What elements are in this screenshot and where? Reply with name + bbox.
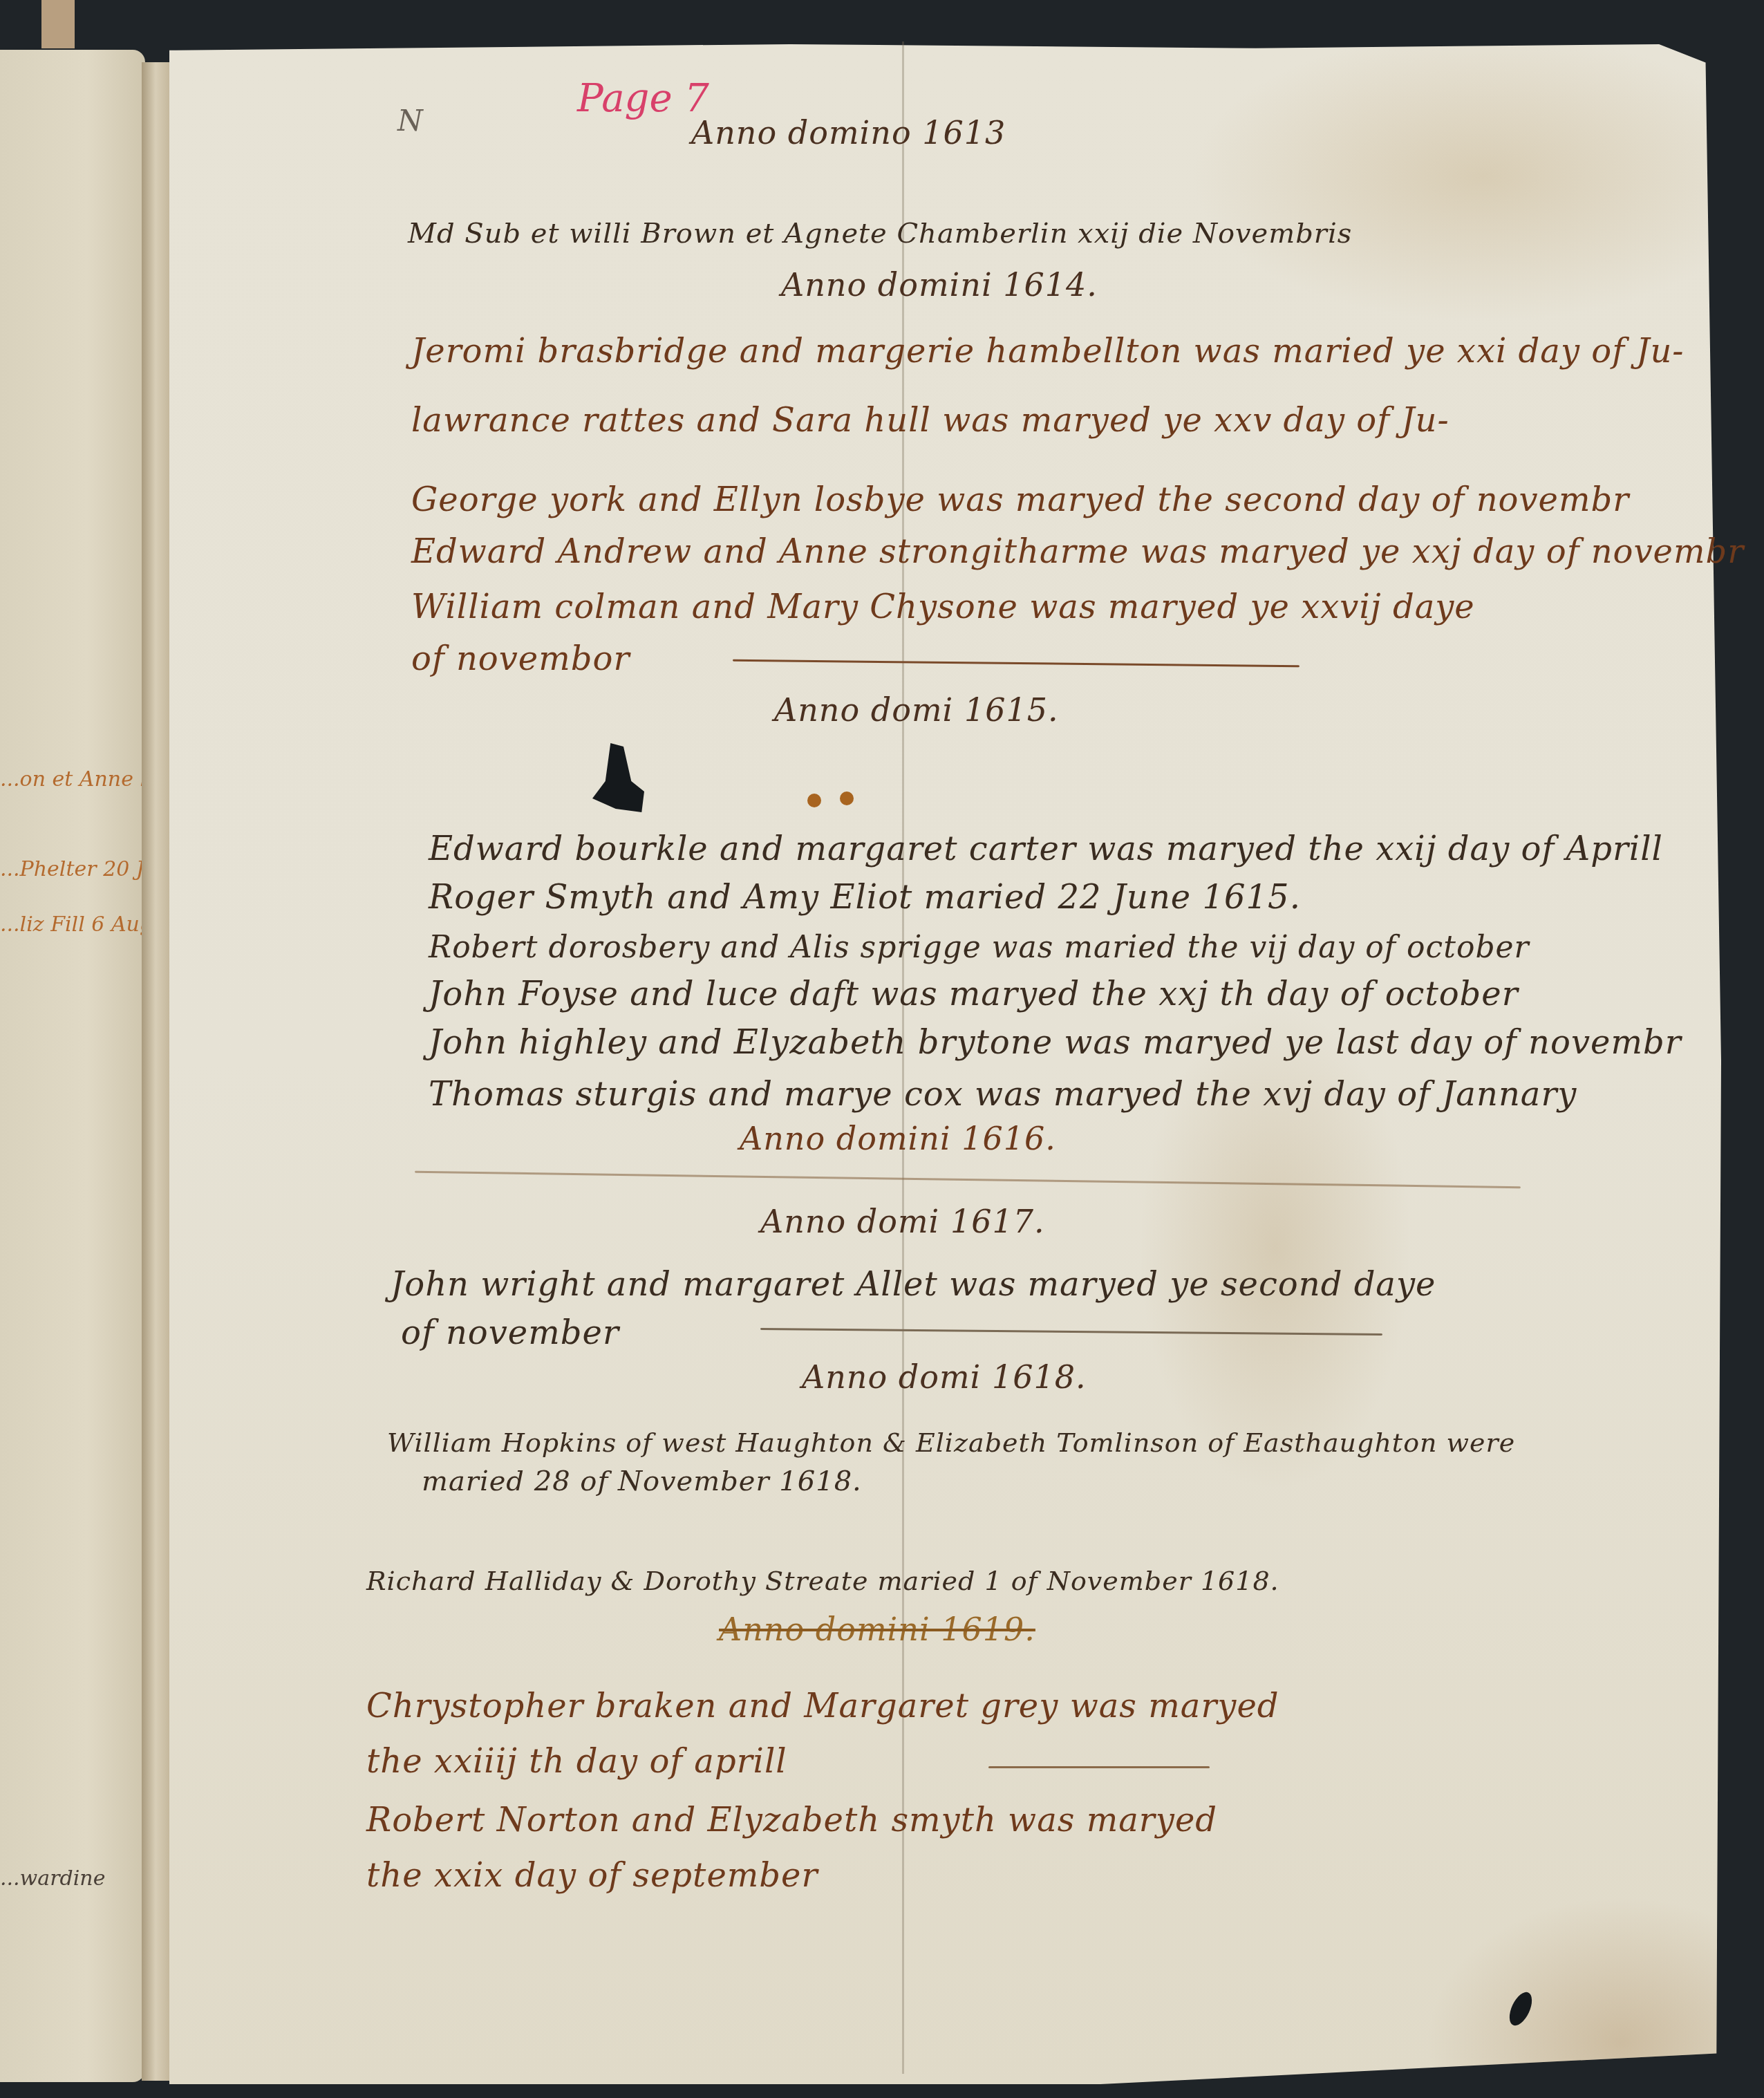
corner-mark: N [397, 104, 423, 138]
binding-tab [41, 0, 75, 48]
year-heading: Anno domini 1614. [781, 266, 1098, 303]
register-entry: Jeromi brasbridge and margerie hambellto… [411, 332, 1685, 371]
ink-spot [807, 794, 821, 807]
register-entry: Chrystopher braken and Margaret grey was… [366, 1687, 1279, 1725]
facing-page-left [0, 50, 145, 2082]
year-heading: Anno domi 1618. [802, 1358, 1087, 1396]
register-entry: of november [401, 1313, 619, 1352]
register-entry: Robert Norton and Elyzabeth smyth was ma… [366, 1801, 1217, 1839]
register-entry: Thomas sturgis and marye cox was maryed … [429, 1075, 1577, 1114]
register-entry: the xxiiij th day of aprill [366, 1742, 787, 1781]
register-entry: John highley and Elyzabeth brytone was m… [429, 1023, 1682, 1062]
register-entry: Roger Smyth and Amy Eliot maried 22 June… [429, 878, 1301, 917]
register-entry: William Hopkins of west Haughton & Eliza… [387, 1427, 1515, 1458]
register-entry: John Foyse and luce daft was maryed the … [429, 975, 1519, 1013]
register-entry: Edward Andrew and Anne strongitharme was… [411, 532, 1744, 571]
year-heading-struck: Anno domini 1619. [719, 1611, 1035, 1648]
year-heading: Anno domini 1616. [740, 1120, 1056, 1157]
register-entry: Robert dorosbery and Alis sprigge was ma… [429, 930, 1530, 965]
year-heading: Anno domi 1615. [774, 691, 1059, 729]
register-entry: Md Sub et willi Brown et Agnete Chamberl… [408, 218, 1352, 250]
year-heading: Anno domi 1617. [760, 1203, 1045, 1240]
year-heading: Anno domino 1613 [691, 114, 1006, 151]
left-page-fragment: ...wardine [0, 1866, 145, 1891]
divider-line [988, 1766, 1210, 1768]
left-page-fragment: ...liz Fill 6 Aug... [0, 912, 145, 937]
register-entry: John wright and margaret Allet was marye… [391, 1265, 1436, 1304]
register-entry: Richard Halliday & Dorothy Streate marie… [366, 1566, 1279, 1596]
ink-spot [840, 792, 854, 805]
left-page-fragment: ...Phelter 20 Jun... [0, 857, 145, 881]
page-number-label: Page 7 [577, 76, 709, 121]
register-entry: the xxix day of september [366, 1856, 818, 1895]
register-entry: Edward bourkle and margaret carter was m… [429, 830, 1663, 868]
register-entry: lawrance rattes and Sara hull was maryed… [411, 401, 1449, 440]
left-page-fragment: ...on et Anne ba... [0, 767, 145, 792]
register-entry: of novembor [411, 639, 630, 678]
register-entry: maried 28 of November 1618. [422, 1465, 862, 1497]
register-entry: George york and Ellyn losbye was maryed … [411, 480, 1629, 519]
register-entry: William colman and Mary Chysone was mary… [411, 588, 1475, 626]
